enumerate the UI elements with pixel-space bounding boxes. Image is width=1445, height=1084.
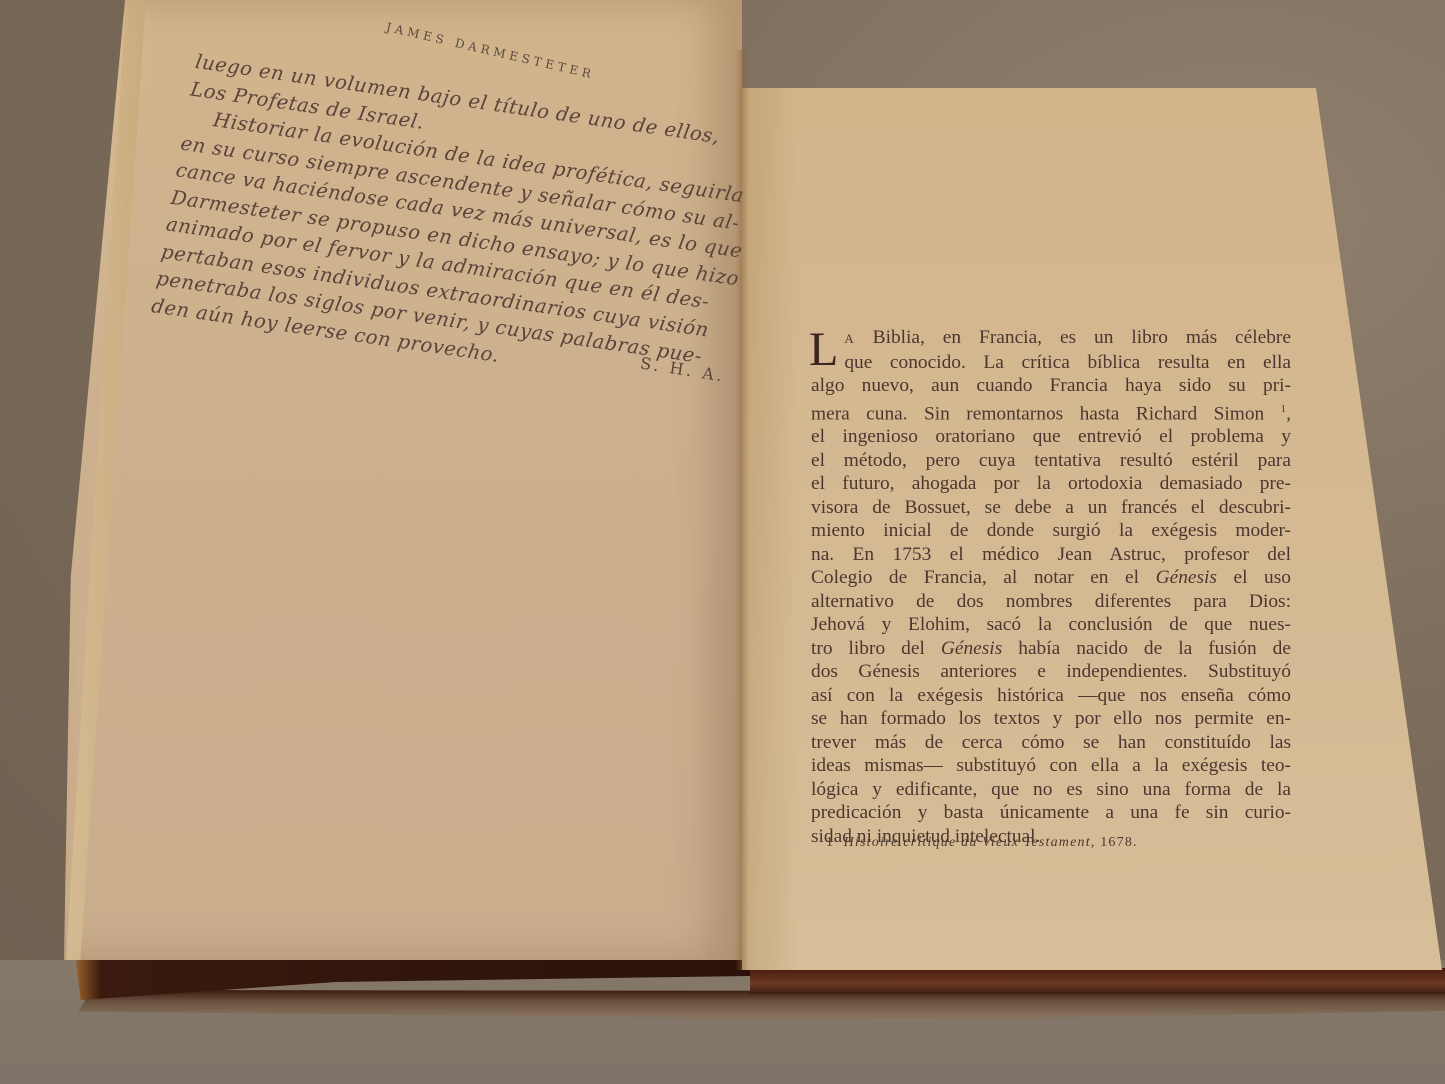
text-line: Jehová y Elohim, sacó la conclusión de q… — [811, 613, 1291, 637]
right-page-text: L A Biblia, en Francia, es un libro más … — [811, 326, 1291, 848]
text-run: , — [1286, 403, 1291, 424]
text-run: Biblia, en Francia, es un libro más céle… — [855, 327, 1291, 348]
text-run: tro libro del — [811, 638, 925, 659]
text-run: mera cuna. Sin remontarnos hasta Richard… — [811, 403, 1264, 424]
text-line: na. En 1753 el médico Jean Astruc, profe… — [811, 543, 1291, 567]
text-line: alternativo de dos nombres diferentes pa… — [811, 590, 1291, 614]
text-line: visora de Bossuet, se debe a un francés … — [811, 496, 1291, 520]
footnote: 1 Histoire critique du Vieux Testament, … — [826, 835, 1138, 851]
italic-title: Génesis — [941, 638, 1002, 659]
text-line: algo nuevo, aun cuando Francia haya sido… — [811, 374, 1291, 398]
text-line: miento inicial de donde surgió la exéges… — [811, 519, 1291, 543]
text-run: Colegio de Francia, al notar en el — [811, 567, 1139, 588]
text-line: lógica y edificante, que no es sino una … — [811, 778, 1291, 802]
text-line: el futuro, ahogada por la ortodoxia dema… — [811, 472, 1291, 496]
text-line: dos Génesis anteriores e independientes.… — [811, 660, 1291, 684]
drop-cap: L — [809, 330, 838, 370]
text-line: se han formado los textos y por ello nos… — [811, 707, 1291, 731]
text-line: el ingenioso oratoriano que entrevió el … — [811, 425, 1291, 449]
footnote-number: 1 — [826, 835, 834, 850]
text-line: tro libro del Génesis había nacido de la… — [811, 637, 1291, 661]
small-cap: A — [844, 331, 854, 346]
text-line: así con la exégesis histórica —que nos e… — [811, 684, 1291, 708]
text-line: Colegio de Francia, al notar en el Génes… — [811, 566, 1291, 590]
text-line: predicación y basta únicamente a una fe … — [811, 801, 1291, 825]
right-page-stack — [750, 968, 1445, 994]
text-line: ideas mismas— substituyó con ella a la e… — [811, 754, 1291, 778]
footnote-year: , 1678. — [1091, 835, 1138, 850]
text-line: el método, pero cuya tentativa resultó e… — [811, 449, 1291, 473]
photo-scene: JAMES DARMESTETER luego en un volumen ba… — [0, 0, 1445, 1084]
text-line: mera cuna. Sin remontarnos hasta Richard… — [811, 398, 1291, 426]
text-run: había nacido de la fusión de — [1002, 638, 1291, 659]
text-line: trever más de cerca cómo se han constitu… — [811, 731, 1291, 755]
text-run: el uso — [1217, 567, 1291, 588]
text-line: que conocido. La crítica bíblica resulta… — [811, 351, 1291, 375]
footnote-title: Histoire critique du Vieux Testament — [844, 835, 1091, 850]
italic-title: Génesis — [1156, 567, 1217, 588]
text-line: A Biblia, en Francia, es un libro más cé… — [811, 326, 1291, 351]
